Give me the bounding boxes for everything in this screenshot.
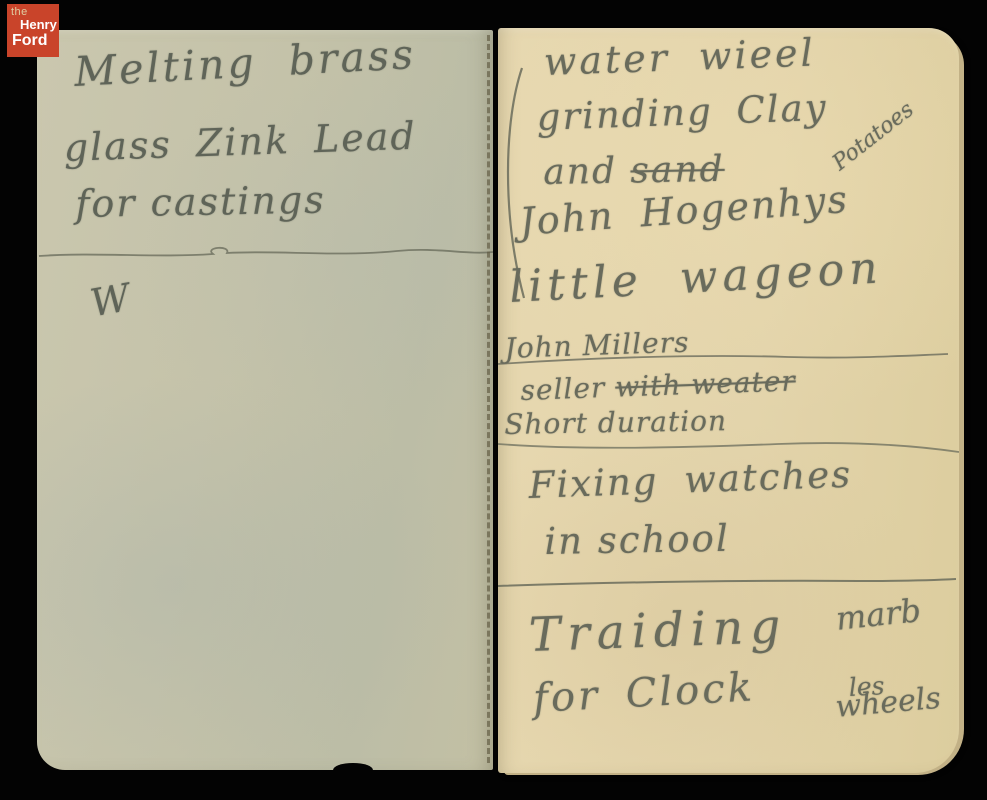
left-page: Melting brass glass Zink Lead for castin…	[37, 30, 493, 770]
handwritten-line: grinding Clay	[536, 86, 828, 139]
handwritten-line: little wageon	[508, 242, 884, 312]
right-page: water wieel grinding Clay and sand Potat…	[498, 28, 959, 773]
handwritten-line: glass Zink Lead	[63, 114, 417, 170]
handwritten-line: for Clock	[532, 664, 756, 722]
handwritten-monogram: W	[87, 275, 133, 325]
open-notebook-photo: Melting brass glass Zink Lead for castin…	[32, 25, 960, 775]
page-edge-notch	[333, 763, 373, 770]
logo-ford: Ford	[12, 32, 48, 50]
handwritten-line: Traiding	[528, 599, 788, 663]
handwritten-line: Melting brass	[73, 30, 417, 96]
handwritten-line: John Millers	[504, 326, 690, 365]
handwritten-line: water wieel	[543, 31, 816, 84]
logo-henry: Henry	[20, 17, 57, 32]
handwritten-fragment: marb	[834, 591, 923, 638]
potatoes-annotation: Potatoes	[828, 97, 919, 176]
handwritten-line: Fixing watches	[528, 453, 853, 507]
henry-ford-logo: the Henry Ford	[7, 4, 59, 57]
pencil-rule-line	[37, 244, 493, 264]
pencil-rule-line	[498, 574, 956, 590]
handwritten-line: for castings	[75, 178, 326, 226]
handwritten-line: and sand	[543, 149, 725, 193]
handwritten-line: Short duration	[504, 404, 727, 441]
handwritten-line: in school	[544, 517, 730, 563]
handwritten-line: seller with weater	[520, 364, 796, 407]
spine-stitching	[487, 35, 490, 763]
